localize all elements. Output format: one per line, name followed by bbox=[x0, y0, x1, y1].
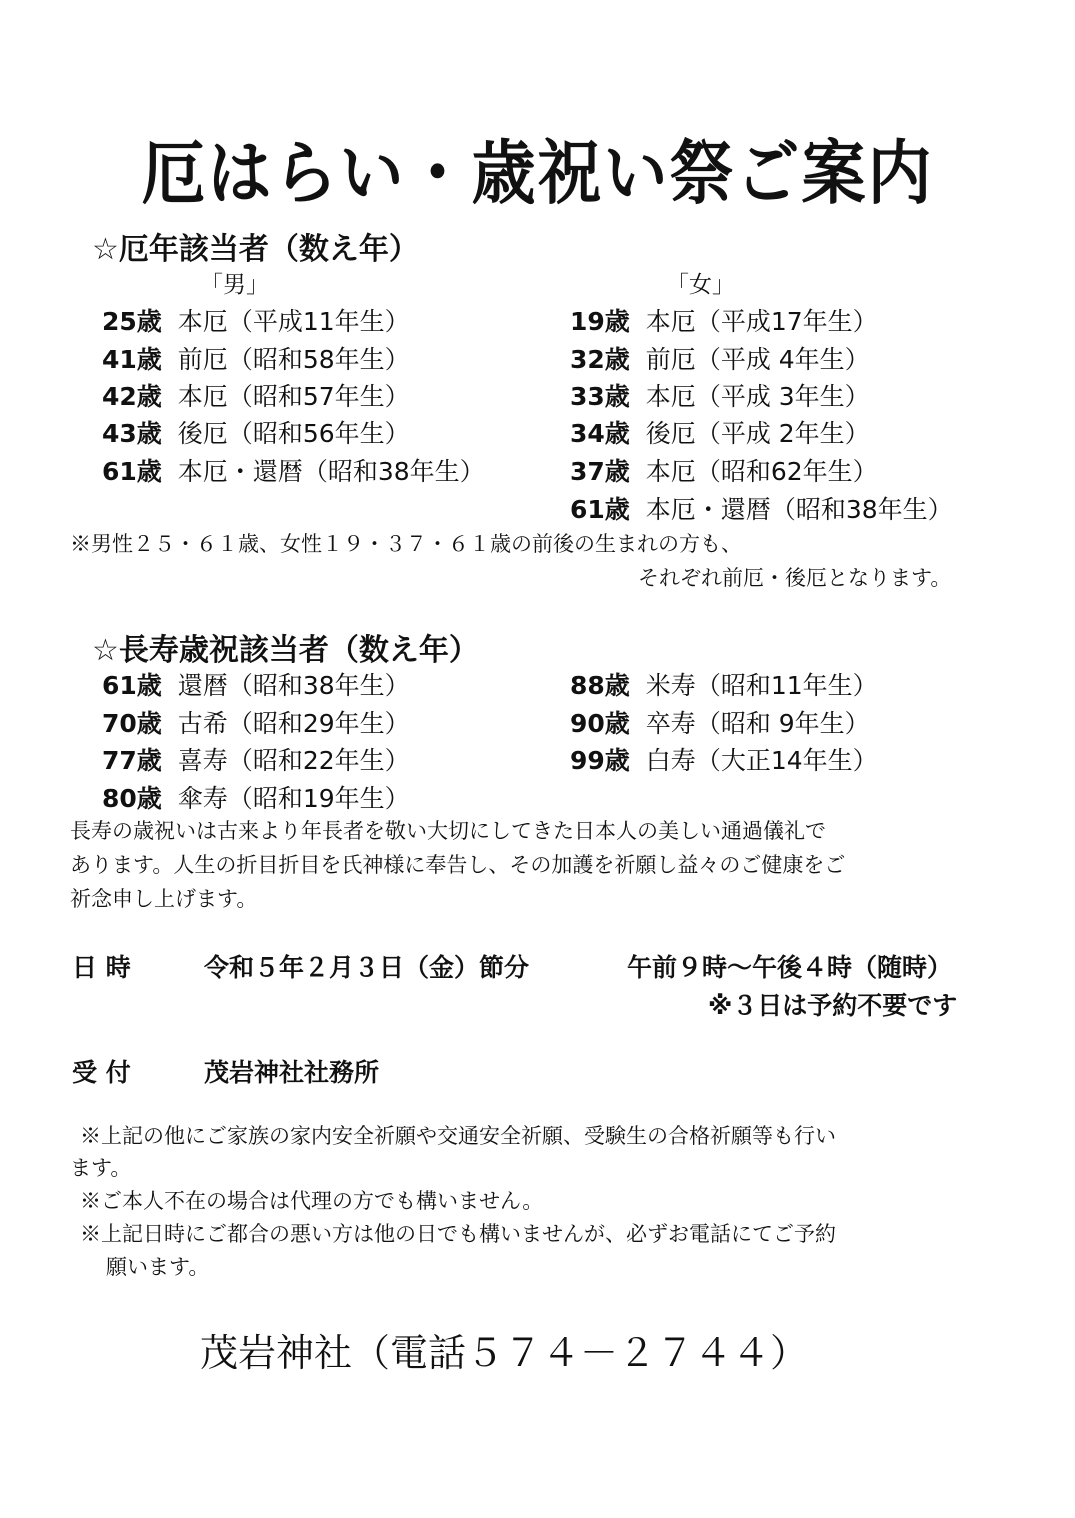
female-row: 34歳後厄（平成 2年生） bbox=[570, 414, 870, 450]
toshiiwai-paragraph-1: 長寿の歳祝いは古来より年長者を敬い大切にしてきた日本人の美しい通過儀礼で bbox=[70, 815, 826, 845]
date-value: 令和５年２月３日（金）節分 bbox=[204, 948, 529, 984]
toshiiwai-row: 61歳還暦（昭和38年生） bbox=[102, 666, 410, 702]
toshiiwai-row: 70歳古希（昭和29年生） bbox=[102, 704, 410, 740]
male-row: 25歳本厄（平成11年生） bbox=[102, 302, 410, 338]
toshiiwai-heading: ☆長寿歳祝該当者（数え年） bbox=[92, 625, 479, 669]
note-1: ※上記の他にご家族の家内安全祈願や交通安全祈願、受験生の合格祈願等も行い bbox=[80, 1120, 836, 1150]
reservation-note: ※３日は予約不要です bbox=[708, 986, 957, 1022]
note-1-cont: ます。 bbox=[70, 1152, 131, 1182]
toshiiwai-row: 80歳傘寿（昭和19年生） bbox=[102, 779, 410, 815]
time-value: 午前９時〜午後４時（随時） bbox=[627, 948, 952, 984]
male-row: 61歳本厄・還暦（昭和38年生） bbox=[102, 452, 485, 488]
page-title: 厄はらい・歳祝い祭ご案内 bbox=[0, 118, 1075, 217]
shrine-contact: 茂岩神社（電話５７４－２７４４） bbox=[200, 1322, 808, 1377]
male-label: 「男」 bbox=[200, 266, 269, 299]
female-row: 19歳本厄（平成17年生） bbox=[570, 302, 878, 338]
toshiiwai-row: 90歳卒寿（昭和 9年生） bbox=[570, 704, 870, 740]
female-row: 37歳本厄（昭和62年生） bbox=[570, 452, 878, 488]
yakudoshi-heading: ☆厄年該当者（数え年） bbox=[92, 224, 419, 268]
toshiiwai-row: 77歳喜寿（昭和22年生） bbox=[102, 741, 410, 777]
note-3: ※上記日時にご都合の悪い方は他の日でも構いませんが、必ずお電話にてご予約 bbox=[80, 1218, 836, 1248]
toshiiwai-row: 99歳白寿（大正14年生） bbox=[570, 741, 878, 777]
female-row: 61歳本厄・還暦（昭和38年生） bbox=[570, 490, 953, 526]
reception-value: 茂岩神社社務所 bbox=[204, 1053, 379, 1089]
date-label: 日 時 bbox=[72, 948, 131, 984]
toshiiwai-paragraph-2: あります。人生の折目折目を氏神様に奉告し、その加護を祈願し益々のご健康をご bbox=[70, 849, 845, 879]
female-row: 32歳前厄（平成 4年生） bbox=[570, 340, 870, 376]
male-row: 41歳前厄（昭和58年生） bbox=[102, 340, 410, 376]
male-row: 43歳後厄（昭和56年生） bbox=[102, 414, 410, 450]
yakudoshi-note: ※男性２５・６１歳、女性１９・３７・６１歳の前後の生まれの方も、 bbox=[70, 528, 742, 558]
toshiiwai-row: 88歳米寿（昭和11年生） bbox=[570, 666, 878, 702]
female-row: 33歳本厄（平成 3年生） bbox=[570, 377, 870, 413]
female-label: 「女」 bbox=[666, 266, 735, 299]
note-2: ※ご本人不在の場合は代理の方でも構いません。 bbox=[80, 1185, 543, 1215]
yakudoshi-note-cont: それぞれ前厄・後厄となります。 bbox=[638, 562, 951, 592]
toshiiwai-paragraph-3: 祈念申し上げます。 bbox=[70, 883, 257, 913]
male-row: 42歳本厄（昭和57年生） bbox=[102, 377, 410, 413]
note-3-cont: 願います。 bbox=[106, 1251, 209, 1281]
reception-label: 受 付 bbox=[72, 1053, 131, 1089]
